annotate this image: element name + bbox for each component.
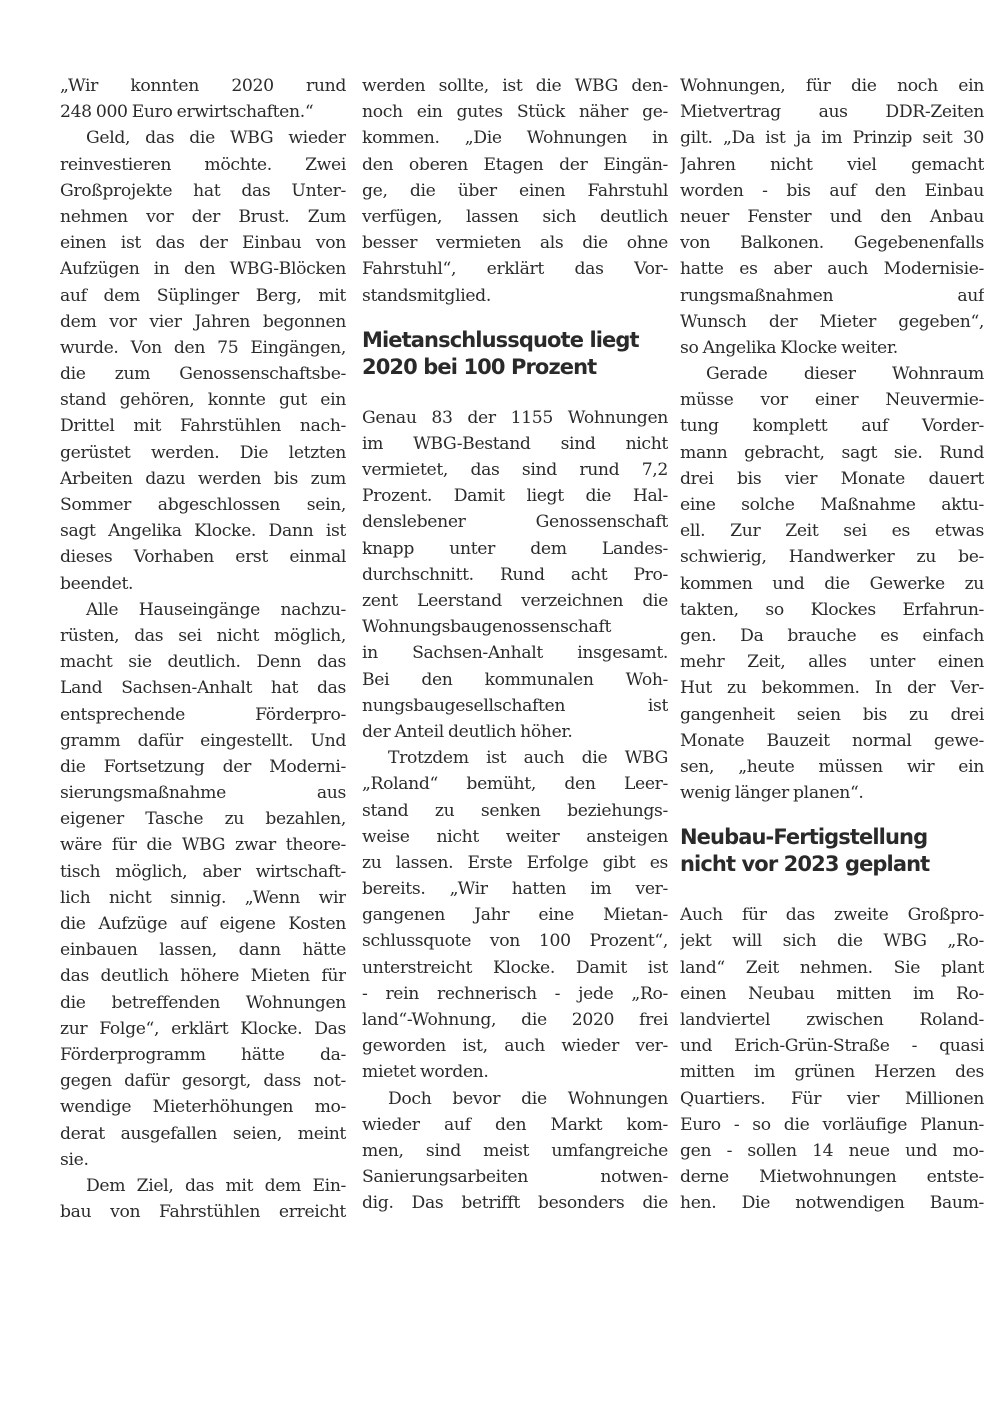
text-line: drei bis vier Monate dauert [680, 466, 984, 492]
text-line: Sanierungsarbeiten notwen- [362, 1164, 668, 1190]
text-line: geworden ist, auch wieder ver- [362, 1033, 668, 1059]
text-line: gramm dafür eingestellt. Und [60, 728, 346, 754]
text-line: die Fortsetzung der Moderni- [60, 754, 346, 780]
text-line: Wohnungsbaugenossenschaft [362, 614, 668, 640]
text-line: verfügen, lassen sich deutlich [362, 204, 668, 230]
text-line: dieses Vorhaben erst einmal [60, 544, 346, 570]
text-line: ell. Zur Zeit sei es etwas [680, 518, 984, 544]
text-line: wäre für die WBG zwar theore- [60, 832, 346, 858]
article-column-3: Wohnungen, für die noch einMietvertrag a… [680, 73, 984, 1217]
text-line: - rein rechnerisch - jede „Ro- [362, 981, 668, 1007]
text-line: bereits. „Wir hatten im ver- [362, 876, 668, 902]
text-line: knapp unter dem Landes- [362, 536, 668, 562]
article-column-1: „Wir konnten 2020 rund248 000 Euro erwir… [60, 73, 346, 1225]
text-line: auf dem Süplinger Berg, mit [60, 283, 346, 309]
text-line: 248 000 Euro erwirtschaften.“ [60, 99, 346, 125]
text-line: Fahrstuhl“, erklärt das Vor- [362, 256, 668, 282]
text-line: müsse vor einer Neuvermie- [680, 387, 984, 413]
text-line: besser vermieten als die ohne [362, 230, 668, 256]
text-line: Alle Hauseingänge nachzu- [60, 597, 346, 623]
text-line: beendet. [60, 571, 346, 597]
text-line: rüsten, das sei nicht möglich, [60, 623, 346, 649]
paragraph: Alle Hauseingänge nachzu-rüsten, das sei… [60, 597, 346, 1173]
text-line: Hut zu bekommen. In der Ver- [680, 675, 984, 701]
text-line: denslebener Genossenschaft [362, 509, 668, 535]
text-line: takten, so Klockes Erfahrun- [680, 597, 984, 623]
text-line: unterstreicht Klocke. Damit ist [362, 955, 668, 981]
text-line: gangenen Jahr eine Mietan- [362, 902, 668, 928]
text-line: in Sachsen-Anhalt insgesamt. [362, 640, 668, 666]
text-line: Bei den kommunalen Woh- [362, 667, 668, 693]
text-line: mehr Zeit, alles unter einen [680, 649, 984, 675]
text-line: Auch für das zweite Großpro- [680, 902, 984, 928]
text-line: tisch möglich, aber wirtschaft- [60, 859, 346, 885]
paragraph: „Wir konnten 2020 rund248 000 Euro erwir… [60, 73, 346, 125]
text-line: dem vor vier Jahren begonnen [60, 309, 346, 335]
text-line: gilt. „Da ist ja im Prinzip seit 30 [680, 125, 984, 151]
text-line: die zum Genossenschaftsbe- [60, 361, 346, 387]
text-line: hatte es aber auch Modernisie- [680, 256, 984, 282]
text-line: Sommer abgeschlossen sein, [60, 492, 346, 518]
text-line: eigener Tasche zu bezahlen, [60, 806, 346, 832]
text-line: lich nicht sinnig. „Wenn wir [60, 885, 346, 911]
text-line: Gerade dieser Wohnraum [680, 361, 984, 387]
text-line: rungsmaßnahmen auf [680, 283, 984, 309]
text-line: jekt will sich die WBG „Ro- [680, 928, 984, 954]
text-line: macht sie deutlich. Denn das [60, 649, 346, 675]
text-line: wenig länger planen“. [680, 780, 984, 806]
text-line: eine solche Maßnahme aktu- [680, 492, 984, 518]
text-line: derat ausgefallen seien, meint [60, 1121, 346, 1147]
text-line: land“ Zeit nehmen. Sie plant [680, 955, 984, 981]
paragraph: Genau 83 der 1155 Wohnungenim WBG-Bestan… [362, 405, 668, 745]
text-line: Quartiers. Für vier Millionen [680, 1086, 984, 1112]
text-line: schlussquote von 100 Prozent“, [362, 928, 668, 954]
headline-line: Neubau-Fertigstellung [680, 824, 984, 851]
text-line: wendige Mieterhöhungen mo- [60, 1094, 346, 1120]
text-line: reinvestieren möchte. Zwei [60, 152, 346, 178]
text-line: kommen und die Gewerke zu [680, 571, 984, 597]
text-line: einen Neubau mitten im Ro- [680, 981, 984, 1007]
text-line: zu lassen. Erste Erfolge gibt es [362, 850, 668, 876]
text-line: Euro - so die vorläufige Planun- [680, 1112, 984, 1138]
text-line: so Angelika Klocke weiter. [680, 335, 984, 361]
paragraph: Gerade dieser Wohnraummüsse vor einer Ne… [680, 361, 984, 806]
text-line: einbauen lassen, dann hätte [60, 937, 346, 963]
text-line: werden sollte, ist die WBG den- [362, 73, 668, 99]
text-line: mitten im grünen Herzen des [680, 1059, 984, 1085]
section-headline: Mietanschlussquote liegt2020 bei 100 Pro… [362, 309, 668, 405]
text-line: Wunsch der Mieter gegeben“, [680, 309, 984, 335]
text-line: einen ist das der Einbau von [60, 230, 346, 256]
paragraph: Geld, das die WBG wiederreinvestieren mö… [60, 125, 346, 596]
text-line: entsprechende Förderpro- [60, 702, 346, 728]
text-line: Mietvertrag aus DDR-Zeiten [680, 99, 984, 125]
text-line: Land Sachsen-Anhalt hat das [60, 675, 346, 701]
text-line: mietet worden. [362, 1059, 668, 1085]
text-line: zent Leerstand verzeichnen die [362, 588, 668, 614]
text-line: Arbeiten dazu werden bis zum [60, 466, 346, 492]
paragraph: Auch für das zweite Großpro-jekt will si… [680, 902, 984, 1216]
text-line: gegen dafür gesorgt, dass not- [60, 1068, 346, 1094]
headline-line: Mietanschlussquote liegt [362, 327, 668, 354]
text-line: men, sind meist umfangreiche [362, 1138, 668, 1164]
text-line: Doch bevor die Wohnungen [362, 1086, 668, 1112]
text-line: der Anteil deutlich höher. [362, 719, 668, 745]
text-line: dig. Das betrifft besonders die [362, 1190, 668, 1216]
section-headline: Neubau-Fertigstellungnicht vor 2023 gepl… [680, 806, 984, 902]
text-line: Trotzdem ist auch die WBG [362, 745, 668, 771]
text-line: stand zu senken beziehungs- [362, 798, 668, 824]
text-line: noch ein gutes Stück näher ge- [362, 99, 668, 125]
headline-line: 2020 bei 100 Prozent [362, 354, 668, 381]
text-line: gangenheit seien bis zu drei [680, 702, 984, 728]
text-line: Jahren nicht viel gemacht [680, 152, 984, 178]
text-line: die betreffenden Wohnungen [60, 990, 346, 1016]
text-line: die Aufzüge auf eigene Kosten [60, 911, 346, 937]
text-line: „Roland“ bemüht, den Leer- [362, 771, 668, 797]
text-line: Dem Ziel, das mit dem Ein- [60, 1173, 346, 1199]
text-line: nungsbaugesellschaften ist [362, 693, 668, 719]
text-line: sen, „heute müssen wir ein [680, 754, 984, 780]
text-line: vermietet, das sind rund 7,2 [362, 457, 668, 483]
text-line: gen - sollen 14 neue und mo- [680, 1138, 984, 1164]
text-line: derne Mietwohnungen entste- [680, 1164, 984, 1190]
paragraph: Dem Ziel, das mit dem Ein-bau von Fahrst… [60, 1173, 346, 1225]
text-line: sie. [60, 1147, 346, 1173]
text-line: sierungsmaßnahme aus [60, 780, 346, 806]
text-line: kommen. „Die Wohnungen in [362, 125, 668, 151]
text-line: bau von Fahrstühlen erreicht [60, 1199, 346, 1225]
text-line: Monate Bauzeit normal gewe- [680, 728, 984, 754]
paragraph: Trotzdem ist auch die WBG„Roland“ bemüht… [362, 745, 668, 1085]
text-line: neuer Fenster und den Anbau [680, 204, 984, 230]
text-line: gen. Da brauche es einfach [680, 623, 984, 649]
text-line: standsmitglied. [362, 283, 668, 309]
text-line: Wohnungen, für die noch ein [680, 73, 984, 99]
newspaper-page: „Wir konnten 2020 rund248 000 Euro erwir… [0, 0, 997, 1413]
text-line: tung komplett auf Vorder- [680, 413, 984, 439]
text-line: Drittel mit Fahrstühlen nach- [60, 413, 346, 439]
text-line: zur Folge“, erklärt Klocke. Das [60, 1016, 346, 1042]
text-line: wieder auf den Markt kom- [362, 1112, 668, 1138]
text-line: Genau 83 der 1155 Wohnungen [362, 405, 668, 431]
text-line: nehmen vor der Brust. Zum [60, 204, 346, 230]
text-line: ge, die über einen Fahrstuhl [362, 178, 668, 204]
headline-line: nicht vor 2023 geplant [680, 851, 984, 878]
paragraph: werden sollte, ist die WBG den-noch ein … [362, 73, 668, 309]
text-line: Aufzügen in den WBG-Blöcken [60, 256, 346, 282]
text-line: Geld, das die WBG wieder [60, 125, 346, 151]
text-line: „Wir konnten 2020 rund [60, 73, 346, 99]
text-line: sagt Angelika Klocke. Dann ist [60, 518, 346, 544]
text-line: weise nicht weiter ansteigen [362, 824, 668, 850]
text-line: das deutlich höhere Mieten für [60, 963, 346, 989]
text-line: von Balkonen. Gegebenenfalls [680, 230, 984, 256]
paragraph: Wohnungen, für die noch einMietvertrag a… [680, 73, 984, 361]
text-line: hen. Die notwendigen Baum- [680, 1190, 984, 1216]
text-line: im WBG-Bestand sind nicht [362, 431, 668, 457]
text-line: Prozent. Damit liegt die Hal- [362, 483, 668, 509]
text-line: mann gebracht, sagt sie. Rund [680, 440, 984, 466]
text-line: Förderprogramm hätte da- [60, 1042, 346, 1068]
paragraph: Doch bevor die Wohnungenwieder auf den M… [362, 1086, 668, 1217]
text-line: Großprojekte hat das Unter- [60, 178, 346, 204]
text-line: wurde. Von den 75 Eingängen, [60, 335, 346, 361]
text-line: schwierig, Handwerker zu be- [680, 544, 984, 570]
text-line: land“-Wohnung, die 2020 frei [362, 1007, 668, 1033]
text-line: und Erich-Grün-Straße - quasi [680, 1033, 984, 1059]
article-column-2: werden sollte, ist die WBG den-noch ein … [362, 73, 668, 1217]
text-line: gerüstet werden. Die letzten [60, 440, 346, 466]
text-line: durchschnitt. Rund acht Pro- [362, 562, 668, 588]
text-line: stand gehören, konnte gut ein [60, 387, 346, 413]
text-line: worden - bis auf den Einbau [680, 178, 984, 204]
text-line: landviertel zwischen Roland- [680, 1007, 984, 1033]
text-line: den oberen Etagen der Eingän- [362, 152, 668, 178]
